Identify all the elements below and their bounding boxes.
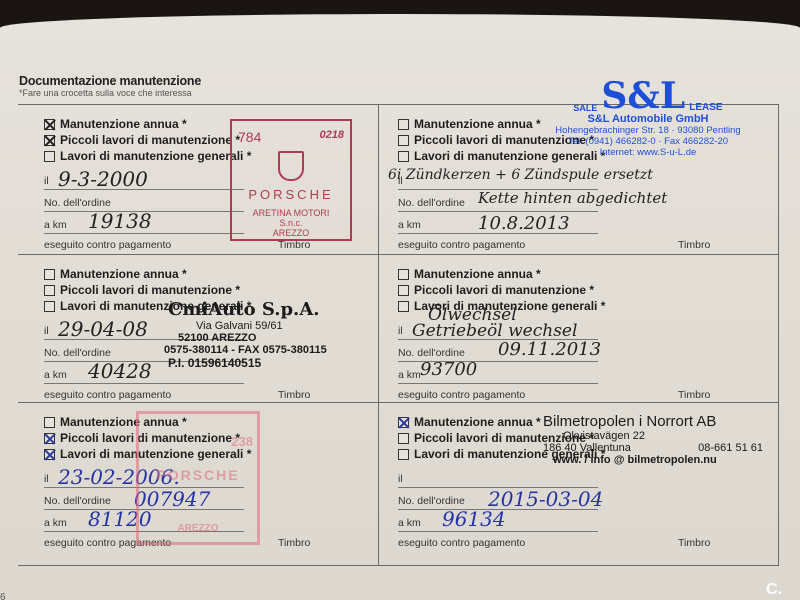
checkbox-label: Lavori di manutenzione generali * — [60, 149, 251, 163]
km-field-underline — [44, 383, 244, 384]
checkbox[interactable] — [398, 151, 409, 162]
date-field-label: il — [44, 175, 49, 187]
checkbox-label: Manutenzione annua * — [414, 267, 541, 281]
paid-label: eseguito contro pagamento — [398, 239, 525, 251]
checkbox-label: Manutenzione annua * — [60, 117, 187, 131]
checkbox-option[interactable]: Manutenzione annua * — [398, 267, 541, 281]
page-title: Documentazione manutenzione — [19, 74, 201, 88]
handwritten-order: 09.11.2013 — [498, 339, 601, 360]
checkbox[interactable] — [44, 119, 55, 130]
maintenance-grid: Manutenzione annua *Piccoli lavori di ma… — [0, 104, 780, 564]
km-field-label: a km — [398, 517, 421, 529]
checkbox[interactable] — [398, 449, 409, 460]
handwritten-note: Getriebeöl wechsel — [412, 321, 577, 341]
checkbox-option[interactable]: Manutenzione annua * — [398, 415, 541, 429]
order-field-label: No. dell'ordine — [44, 347, 111, 359]
checkbox-option[interactable]: Manutenzione annua * — [44, 117, 187, 131]
checkbox[interactable] — [44, 269, 55, 280]
checkbox[interactable] — [44, 135, 55, 146]
paid-label: eseguito contro pagamento — [398, 389, 525, 401]
paid-label: eseguito contro pagamento — [44, 239, 171, 251]
stamp-label: Timbro — [678, 389, 710, 401]
dealer-stamp: SALES&LLEASE S&L Automobile GmbHHohengeb… — [538, 79, 758, 158]
handwritten-date: 9-3-2000 — [58, 167, 148, 191]
dealer-stamp: CmiAuto S.p.A.Via Galvani 59/6152100 ARE… — [168, 299, 378, 370]
dealer-stamp: 238PORSCHEAREZZO — [136, 411, 260, 545]
checkbox-label: Piccoli lavori di manutenzione * — [60, 283, 240, 297]
checkbox-label: Manutenzione annua * — [414, 117, 541, 131]
handwritten-km: 10.8.2013 — [478, 213, 570, 234]
order-field-underline — [398, 211, 598, 212]
date-field-label: il — [44, 325, 49, 337]
stamp-label: Timbro — [278, 537, 310, 549]
checkbox[interactable] — [398, 119, 409, 130]
checkbox[interactable] — [44, 433, 55, 444]
maintenance-entry: Manutenzione annua *Piccoli lavori di ma… — [18, 402, 379, 566]
booklet-page: Documentazione manutenzione *Fare una cr… — [0, 14, 800, 600]
order-field-label: No. dell'ordine — [44, 495, 111, 507]
maintenance-entry: Manutenzione annua *Piccoli lavori di ma… — [18, 254, 379, 403]
km-field-label: a km — [44, 369, 67, 381]
stamp-label: Timbro — [678, 537, 710, 549]
checkbox-label: Manutenzione annua * — [60, 267, 187, 281]
checkbox[interactable] — [398, 301, 409, 312]
checkbox[interactable] — [398, 417, 409, 428]
order-field-label: No. dell'ordine — [398, 197, 465, 209]
stamp-label: Timbro — [678, 239, 710, 251]
checkbox-label: Piccoli lavori di manutenzione * — [60, 133, 240, 147]
checkbox[interactable] — [44, 449, 55, 460]
paid-label: eseguito contro pagamento — [398, 537, 525, 549]
order-field-label: No. dell'ordine — [398, 495, 465, 507]
checkbox-option[interactable]: Piccoli lavori di manutenzione * — [44, 283, 240, 297]
checkbox-option[interactable]: Manutenzione annua * — [44, 267, 187, 281]
handwritten-order: Kette hinten abgedichtet — [478, 189, 667, 207]
checkbox[interactable] — [44, 151, 55, 162]
maintenance-entry: Manutenzione annua *Piccoli lavori di ma… — [378, 402, 779, 566]
page-number: 6 — [0, 592, 6, 600]
km-field-label: a km — [398, 219, 421, 231]
order-field-label: No. dell'ordine — [398, 347, 465, 359]
km-field-underline — [398, 531, 598, 532]
crest-icon — [278, 151, 304, 181]
page-subtitle: *Fare una crocetta sulla voce che intere… — [19, 88, 192, 98]
handwritten-date: 29-04-08 — [58, 317, 148, 341]
km-field-label: a km — [398, 369, 421, 381]
stamp-label: Timbro — [278, 389, 310, 401]
checkbox-option[interactable]: Piccoli lavori di manutenzione * — [398, 283, 594, 297]
checkbox-option[interactable]: Lavori di manutenzione generali * — [44, 149, 251, 163]
paid-label: eseguito contro pagamento — [44, 389, 171, 401]
checkbox[interactable] — [398, 135, 409, 146]
checkbox-option[interactable]: Manutenzione annua * — [398, 117, 541, 131]
date-field-label: il — [398, 325, 403, 337]
checkbox[interactable] — [398, 285, 409, 296]
checkbox[interactable] — [398, 433, 409, 444]
handwritten-note: 6i Zündkerzen + 6 Zündspule ersetzt — [388, 167, 653, 183]
handwritten-km: 19138 — [88, 209, 152, 233]
handwritten-km: 93700 — [420, 359, 477, 380]
checkbox-label: Piccoli lavori di manutenzione * — [414, 283, 594, 297]
maintenance-entry: Manutenzione annua *Piccoli lavori di ma… — [378, 254, 779, 403]
corner-mark: C. — [766, 581, 782, 599]
date-field-label: il — [44, 473, 49, 485]
checkbox[interactable] — [398, 269, 409, 280]
km-field-underline — [44, 233, 244, 234]
handwritten-km: 96134 — [442, 507, 506, 531]
checkbox-option[interactable]: Piccoli lavori di manutenzione * — [44, 133, 240, 147]
checkbox[interactable] — [44, 301, 55, 312]
date-field-label: il — [398, 473, 403, 485]
checkbox-label: Manutenzione annua * — [414, 415, 541, 429]
km-field-underline — [398, 383, 598, 384]
dealer-stamp: Bilmetropolen i Norrort ABOkvistavägen 2… — [543, 413, 763, 466]
checkbox[interactable] — [44, 285, 55, 296]
km-field-label: a km — [44, 517, 67, 529]
maintenance-entry: Manutenzione annua *Piccoli lavori di ma… — [378, 104, 779, 255]
order-field-label: No. dell'ordine — [44, 197, 111, 209]
km-field-label: a km — [44, 219, 67, 231]
handwritten-km: 40428 — [88, 359, 152, 383]
dealer-stamp: 7840218 PORSCHEARETINA MOTORIS.n.c.AREZZ… — [230, 119, 352, 241]
checkbox[interactable] — [44, 417, 55, 428]
maintenance-entry: Manutenzione annua *Piccoli lavori di ma… — [18, 104, 379, 255]
